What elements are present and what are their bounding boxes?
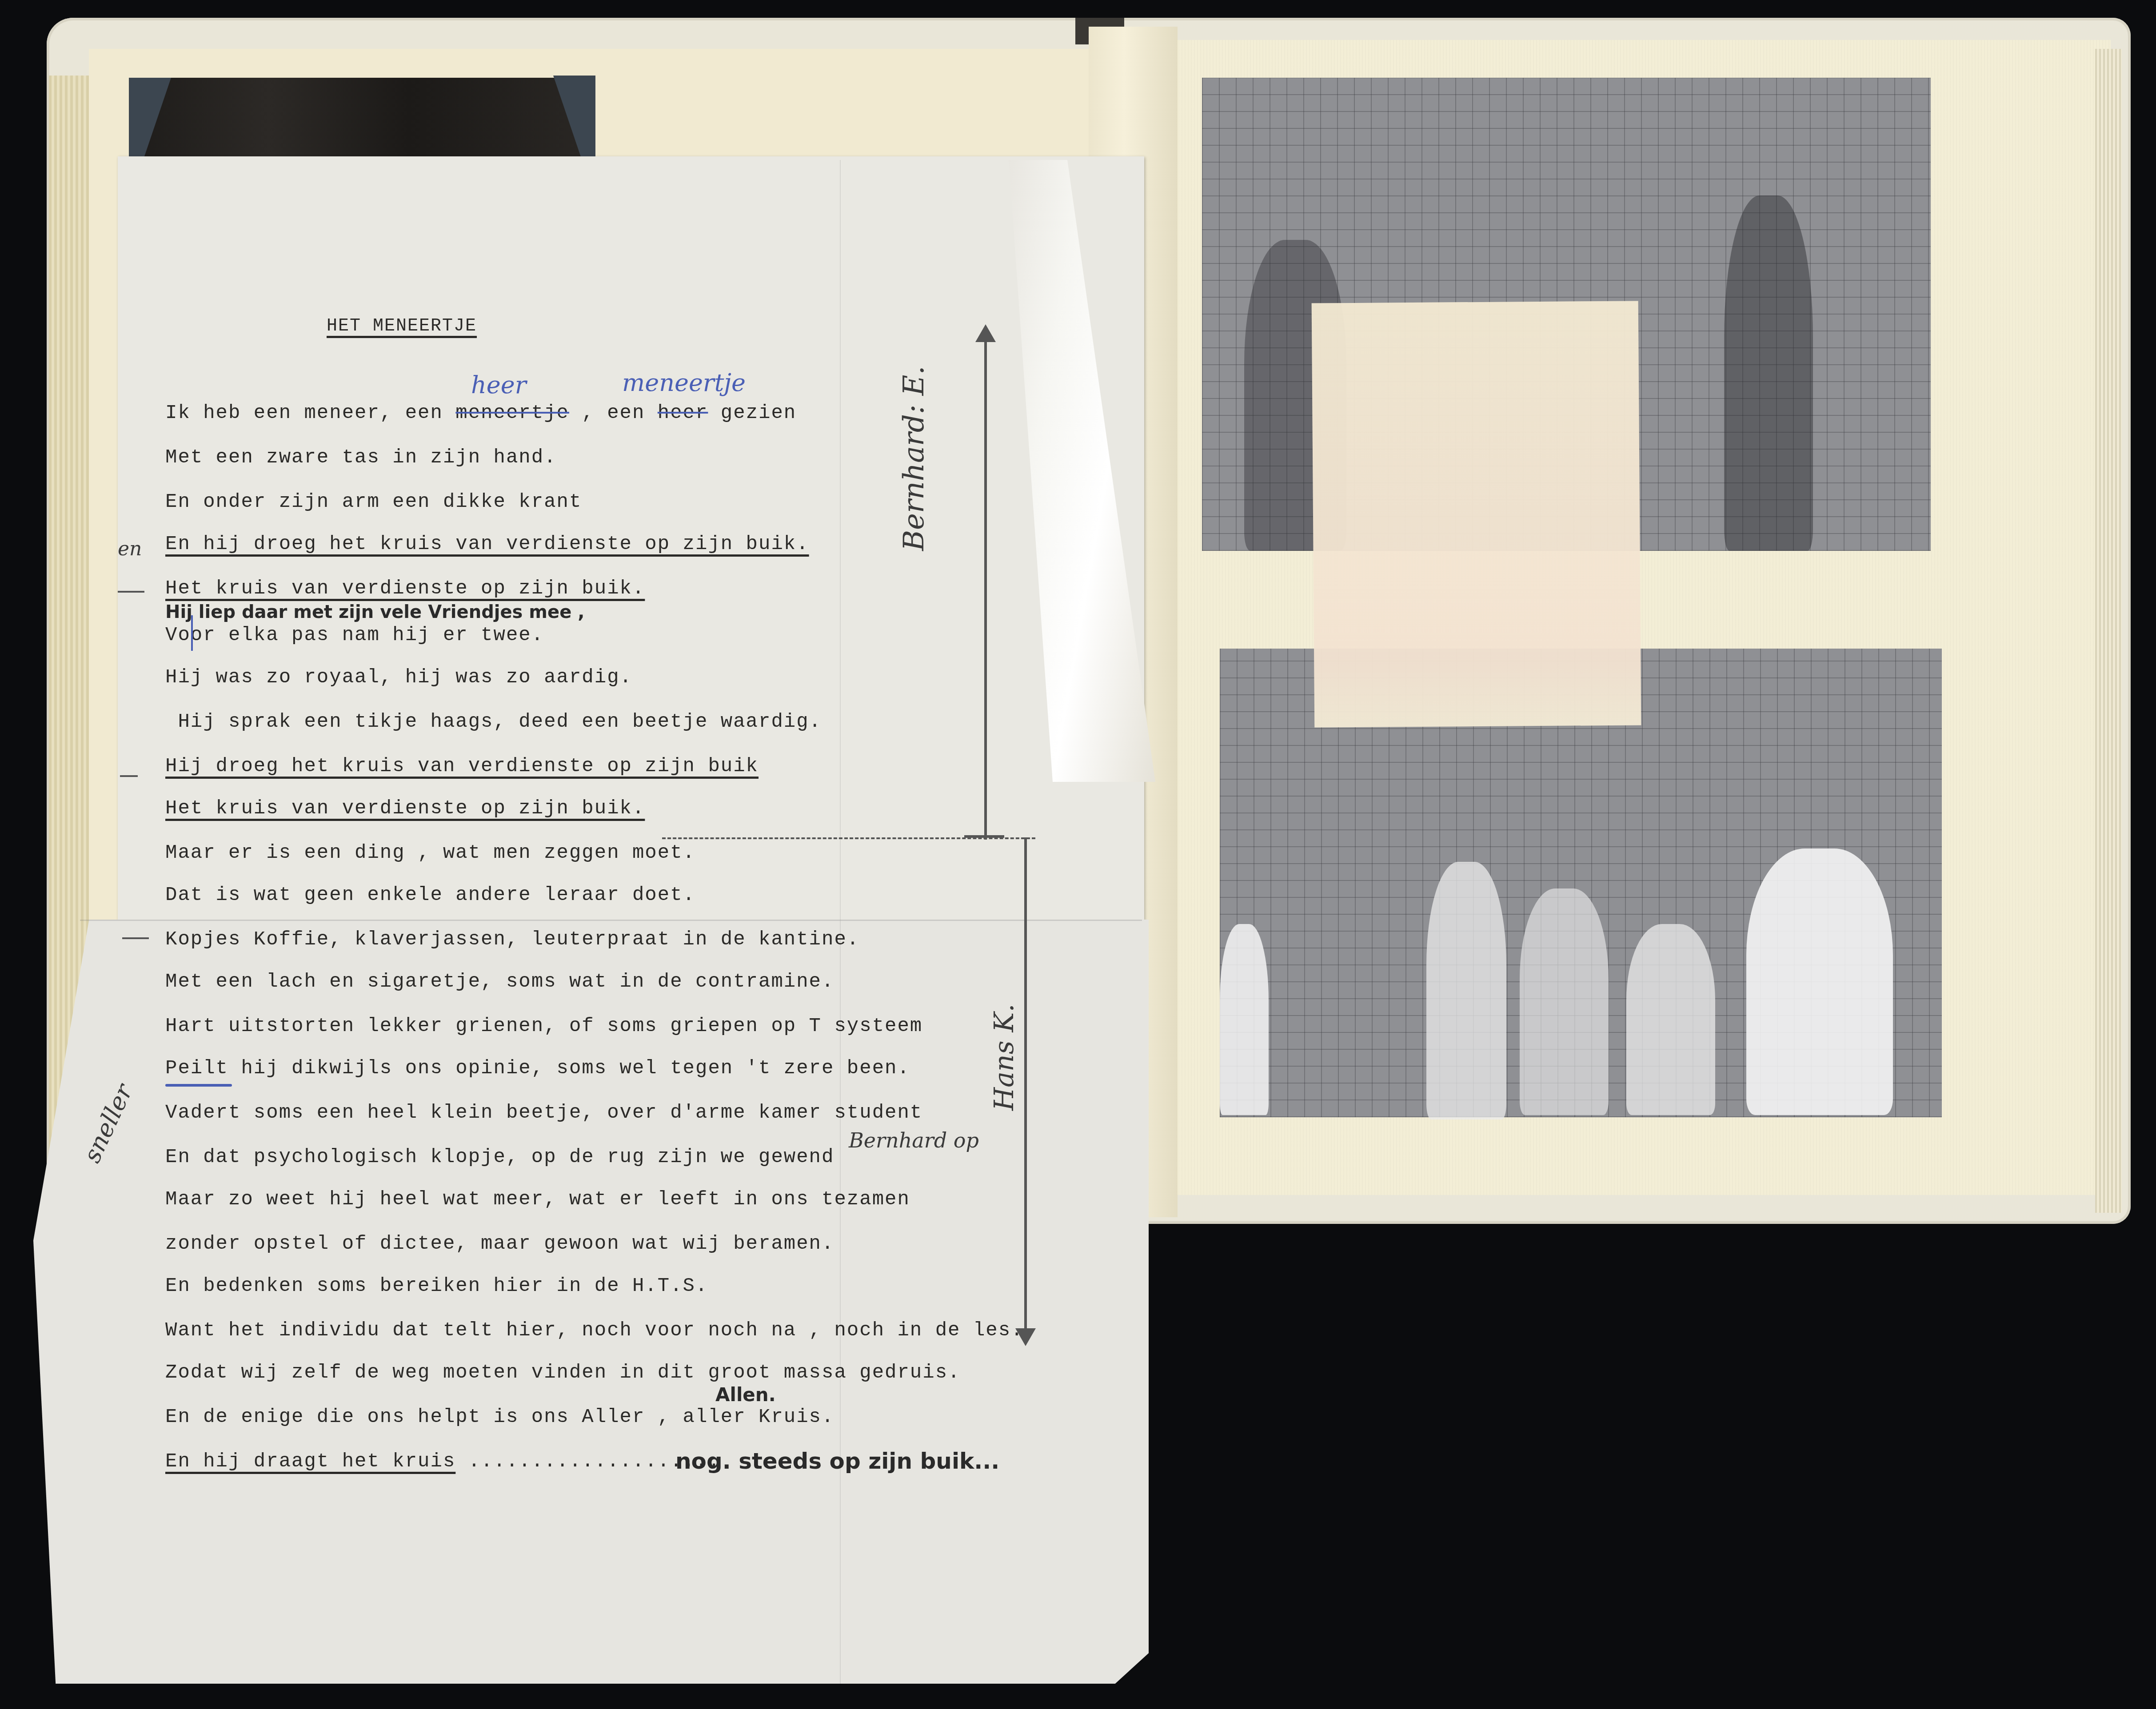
struck-word-meneertje: meneertje [455,402,569,424]
poem-line-3: En onder zijn arm een dikke krant [165,491,582,513]
poem-title: HET MENEERTJE [327,316,477,336]
poem-line-7: Hij was zo royaal, hij was zo aardig. [165,666,632,689]
poem-line-23: Zodat wij zelf de weg moeten vinden in d… [165,1362,960,1384]
line-1-part: gezien [708,402,796,424]
pencil-arrow-up [984,329,987,840]
poem-line-5: Het kruis van verdienste op zijn buik. [165,578,645,600]
poem-line-4: En hij droeg het kruis van verdienste op… [165,533,809,555]
poem-line-1: Ik heb een meneer, een meneertje , een h… [165,402,796,424]
poem-line-13: Kopjes Koffie, klaverjassen, leuterpraat… [165,928,859,951]
poem-line-9: Hij droeg het kruis van verdienste op zi… [165,755,759,777]
line-1-part: Ik heb een meneer, een [165,402,455,424]
margin-tick-1 [118,591,144,593]
handwritten-ending: nog. steeds op zijn buik... [675,1448,999,1474]
horizontal-fold-crease [80,920,1142,921]
poem-line-20: zonder opstel of dictee, maar gewoon wat… [165,1233,834,1255]
photo-figure-dancer-4 [1746,849,1893,1115]
blue-insert-mark [191,615,193,651]
handwritten-insert-line: Hij liep daar met zijn vele Vriendjes me… [165,602,584,622]
photo-figure-dancer-1 [1426,862,1506,1119]
poem-line-8: Hij sprak een tikje haags, deed een beet… [165,711,822,733]
right-page-edges [2095,49,2122,1213]
struck-word-heer: heer [658,402,708,424]
photo-figure-dancer-2 [1520,888,1609,1115]
photo-figure-dancer-3 [1626,924,1715,1115]
photo-figure-edge [1220,924,1269,1115]
poem-line-22: Want het individu dat telt hier, noch vo… [165,1319,1024,1342]
poem-line-6: Voor elka pas nam hij er twee. [165,624,544,646]
margin-note-bernhard-op: Bernhard op [849,1128,979,1152]
margin-note-en: en [118,538,142,560]
pencil-tick-cross [964,835,1004,838]
margin-note-hans-k: Hans K. [989,1004,1020,1111]
poem-line-12: Dat is wat geen enkele andere leraar doe… [165,884,695,906]
poem-line-14: Met een lach en sigaretje, soms wat in d… [165,971,834,993]
blue-underline-peilt [165,1084,232,1087]
poem-line-16: Peilt hij dikwijls ons opinie, soms wel … [165,1057,910,1080]
poem-line-15: Hart uitstorten lekker grienen, of soms … [165,1015,922,1037]
poem-line-17: Vadert soms een heel klein beetje, over … [165,1102,922,1124]
final-line-typed: En hij draagt het kruis [165,1450,455,1473]
margin-tick-2 [120,775,138,777]
poem-line-10: Het kruis van verdienste op zijn buik. [165,797,645,820]
poem-line-18: En dat psychologisch klopje, op de rug z… [165,1146,834,1168]
arrow-head-down-icon [1015,1328,1036,1346]
pencil-arrow-down [1024,837,1027,1333]
photo-figure-pianist [1724,195,1813,551]
margin-note-bernhard-e: Bernhard: E. [898,366,930,551]
handwritten-insert-heer: heer [471,371,527,399]
poem-line-11: Maar er is een ding , wat men zeggen moe… [165,842,695,864]
arrow-head-up-icon [975,324,996,342]
handwritten-insert-allen: Allen. [715,1384,776,1406]
line-1-part: , een [569,402,658,424]
margin-tick-3 [122,937,149,939]
poem-line-25: En hij draagt het kruis ................… [165,1450,721,1473]
poem-line-21: En bedenken soms bereiken hier in de H.T… [165,1275,708,1297]
poem-line-2: Met een zware tas in zijn hand. [165,446,557,469]
tissue-paper-overlay [1312,301,1641,727]
handwritten-insert-meneertje: meneertje [622,369,746,397]
poem-line-24: En de enige die ons helpt is ons Aller ,… [165,1406,834,1428]
poem-line-19: Maar zo weet hij heel wat meer, wat er l… [165,1188,910,1211]
